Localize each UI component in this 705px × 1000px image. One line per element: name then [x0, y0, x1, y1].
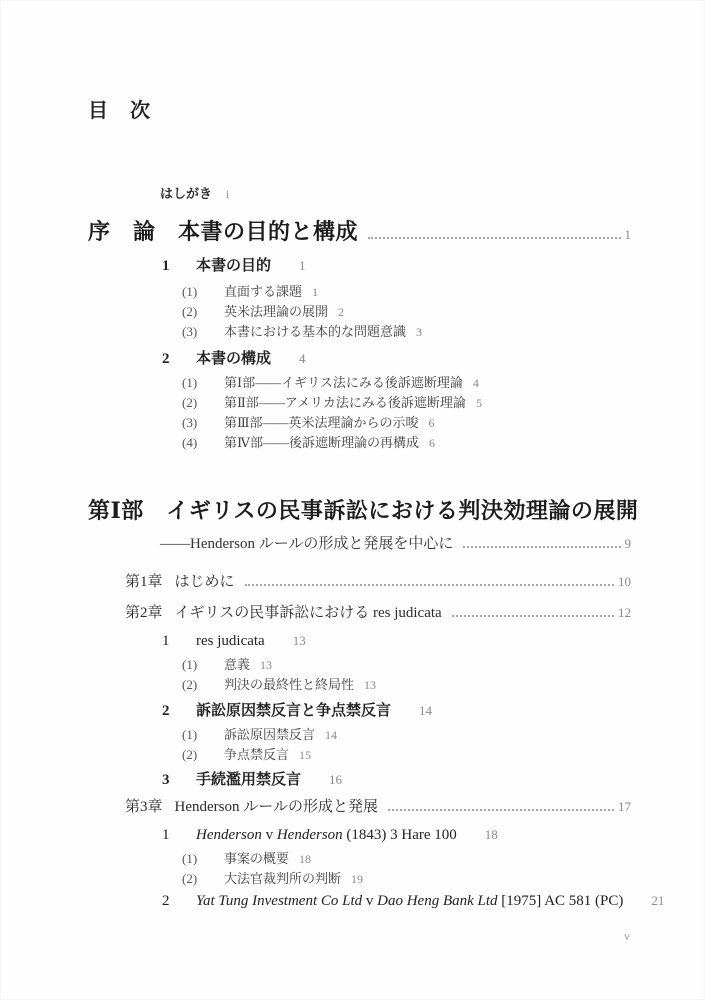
page-number: i	[226, 189, 229, 201]
page-number: 17	[618, 795, 631, 818]
subitem-number: (1)	[182, 725, 224, 745]
toc-subitem-row: (2) 争点禁反言 15	[182, 745, 631, 765]
subitem-title: 第Ⅲ部——英米法理論からの示唆	[224, 413, 419, 433]
folio-page-number: v	[624, 929, 630, 944]
page-number: 5	[476, 393, 482, 413]
page-number: 10	[618, 570, 631, 593]
page-number: 1	[625, 227, 632, 243]
dotted-leader	[452, 611, 614, 617]
case-citation: Yat Tung Investment Co Ltd v Dao Heng Ba…	[196, 890, 623, 913]
intro-section: 序 論 本書の目的と構成 1 1 本書の目的 1 (1) 直面する課題 1 (2…	[88, 218, 631, 453]
subitem-title: 第Ⅳ部——後訴遮断理論の再構成	[224, 433, 419, 453]
dotted-leader	[368, 233, 620, 239]
subitem-number: (3)	[182, 413, 224, 433]
subitem-number: (2)	[182, 675, 224, 695]
case-party: Henderson	[196, 827, 262, 843]
item-number: 2	[162, 348, 196, 371]
chapter-label: 第1章	[125, 571, 163, 594]
part-subtitle-row: ——Henderson ルールの形成と発展を中心に 9	[160, 533, 631, 555]
dotted-leader	[463, 542, 620, 548]
chapter-row: 第3章 Henderson ルールの形成と発展 17	[125, 795, 631, 819]
preface-entry: はしがきi	[160, 183, 229, 202]
item-number: 2	[162, 700, 196, 723]
toc-case-row: 2 Yat Tung Investment Co Ltd v Dao Heng …	[162, 889, 631, 913]
subitem-title: 英米法理論の展開	[224, 302, 328, 322]
subitem-number: (2)	[182, 745, 224, 765]
intro-heading-row: 序 論 本書の目的と構成 1	[88, 218, 631, 246]
toc-item-row: 2 本書の構成 4	[162, 347, 631, 371]
item-number: 1	[162, 255, 196, 278]
subitem-number: (2)	[182, 393, 224, 413]
preface-label: はしがき	[160, 186, 212, 201]
toc-subitem-row: (3) 本書における基本的な問題意識 3	[182, 322, 631, 342]
case-report: (1843) 3 Hare 100	[343, 827, 457, 843]
page-number: 4	[473, 373, 479, 393]
chapter-title: はじめに	[175, 571, 235, 594]
item-number: 2	[162, 890, 196, 913]
case-report: [1975] AC 581 (PC)	[498, 893, 624, 909]
page-number: 12	[618, 601, 631, 624]
page-number: 1	[299, 254, 306, 277]
subitem-title: 争点禁反言	[224, 745, 289, 765]
toc-subitem-row: (2) 判決の最終性と終局性 13	[182, 675, 631, 695]
page-title: 目 次	[88, 94, 151, 123]
page-number: 9	[625, 533, 632, 555]
toc-subitem-row: (1) 訴訟原因禁反言 14	[182, 725, 631, 745]
case-versus: v	[262, 827, 277, 843]
toc-subitem-row: (1) 直面する課題 1	[182, 282, 631, 302]
subitem-number: (1)	[182, 282, 224, 302]
subitem-title: 事案の概要	[224, 849, 289, 869]
subitem-title: 意義	[224, 655, 250, 675]
subitem-title: 本書における基本的な問題意識	[224, 322, 406, 342]
subitem-number: (2)	[182, 869, 224, 889]
toc-subitem-row: (1) 意義 13	[182, 655, 631, 675]
item-title: 訴訟原因禁反言と争点禁反言	[196, 700, 391, 723]
item-title: 本書の目的	[196, 255, 271, 278]
case-versus: v	[362, 893, 377, 909]
chapter3-items: 1 Henderson v Henderson (1843) 3 Hare 10…	[88, 823, 631, 913]
page-number: 3	[416, 322, 422, 342]
case-citation: Henderson v Henderson (1843) 3 Hare 100	[196, 824, 457, 847]
subitem-title: 第Ⅱ部——アメリカ法にみる後訴遮断理論	[224, 393, 466, 413]
page-number: 6	[429, 433, 435, 453]
page-number: 14	[419, 699, 432, 722]
subitem-number: (1)	[182, 849, 224, 869]
subitem-title: 判決の最終性と終局性	[224, 675, 354, 695]
subitem-number: (2)	[182, 302, 224, 322]
part-subtitle: ——Henderson ルールの形成と発展を中心に	[160, 533, 453, 555]
toc-item-row: 3 手続濫用禁反言 16	[162, 768, 631, 792]
subitem-number: (1)	[182, 655, 224, 675]
part-heading: 第Ⅰ部 イギリスの民事訴訟における判決効理論の展開	[88, 497, 638, 525]
toc-item-row: 1 res judicata 13	[162, 629, 631, 653]
item-number: 1	[162, 630, 196, 653]
intro-items: 1 本書の目的 1 (1) 直面する課題 1 (2) 英米法理論の展開 2 (3…	[88, 254, 631, 453]
toc-subitem-row: (2) 第Ⅱ部——アメリカ法にみる後訴遮断理論 5	[182, 393, 631, 413]
chapter-row: 第1章 はじめに 10	[125, 570, 631, 594]
toc-case-row: 1 Henderson v Henderson (1843) 3 Hare 10…	[162, 823, 631, 847]
subitem-title: 第Ⅰ部——イギリス法にみる後訴遮断理論	[224, 373, 463, 393]
part1-section: 第Ⅰ部 イギリスの民事訴訟における判決効理論の展開 ——Henderson ルー…	[88, 497, 631, 913]
page-number: 15	[299, 745, 311, 765]
toc-subitem-row: (2) 英米法理論の展開 2	[182, 302, 631, 322]
toc-subitem-row: (1) 事案の概要 18	[182, 849, 631, 869]
case-party: Dao Heng Bank Ltd	[377, 893, 497, 909]
subitem-number: (4)	[182, 433, 224, 453]
toc-page: 目 次 はしがきi 序 論 本書の目的と構成 1 1 本書の目的 1 (1) 直…	[0, 0, 705, 1000]
page-number: 6	[429, 413, 435, 433]
page-number: 4	[299, 347, 306, 370]
page-number: 2	[338, 302, 344, 322]
subitem-title: 訴訟原因禁反言	[224, 725, 315, 745]
page-number: 13	[364, 675, 376, 695]
item-title: res judicata	[196, 630, 265, 653]
toc-item-row: 2 訴訟原因禁反言と争点禁反言 14	[162, 699, 631, 723]
intro-heading: 序 論 本書の目的と構成	[88, 218, 358, 246]
page-number: 14	[325, 725, 337, 745]
case-party: Henderson	[277, 827, 343, 843]
chapter-row: 第2章 イギリスの民事訴訟における res judicata 12	[125, 601, 631, 625]
chapter-label: 第3章	[125, 796, 163, 819]
item-number: 3	[162, 769, 196, 792]
subitem-title: 大法官裁判所の判断	[224, 869, 341, 889]
dotted-leader	[245, 580, 614, 586]
toc-subitem-row: (1) 第Ⅰ部——イギリス法にみる後訴遮断理論 4	[182, 373, 631, 393]
chapter-label: 第2章	[125, 602, 163, 625]
page-number: 21	[651, 889, 664, 912]
dotted-leader	[388, 805, 614, 811]
page-number: 18	[299, 849, 311, 869]
chapter-title: Henderson ルールの形成と発展	[175, 796, 378, 819]
subitem-number: (1)	[182, 373, 224, 393]
page-number: 1	[312, 282, 318, 302]
subitem-title: 直面する課題	[224, 282, 302, 302]
page-number: 16	[329, 768, 342, 791]
part-heading-row: 第Ⅰ部 イギリスの民事訴訟における判決効理論の展開	[88, 497, 631, 525]
toc-subitem-row: (3) 第Ⅲ部——英米法理論からの示唆 6	[182, 413, 631, 433]
page-number: 13	[260, 655, 272, 675]
item-number: 1	[162, 824, 196, 847]
case-party: Yat Tung Investment Co Ltd	[196, 893, 362, 909]
item-title: 本書の構成	[196, 348, 271, 371]
item-title: 手続濫用禁反言	[196, 769, 301, 792]
toc-subitem-row: (2) 大法官裁判所の判断 19	[182, 869, 631, 889]
page-number: 19	[351, 869, 363, 889]
chapter-title: イギリスの民事訴訟における res judicata	[175, 602, 442, 625]
toc-subitem-row: (4) 第Ⅳ部——後訴遮断理論の再構成 6	[182, 433, 631, 453]
page-number: 13	[293, 629, 306, 652]
chapter2-items: 1 res judicata 13 (1) 意義 13 (2) 判決の最終性と終…	[88, 629, 631, 792]
toc-item-row: 1 本書の目的 1	[162, 254, 631, 278]
subitem-number: (3)	[182, 322, 224, 342]
page-number: 18	[485, 823, 498, 846]
